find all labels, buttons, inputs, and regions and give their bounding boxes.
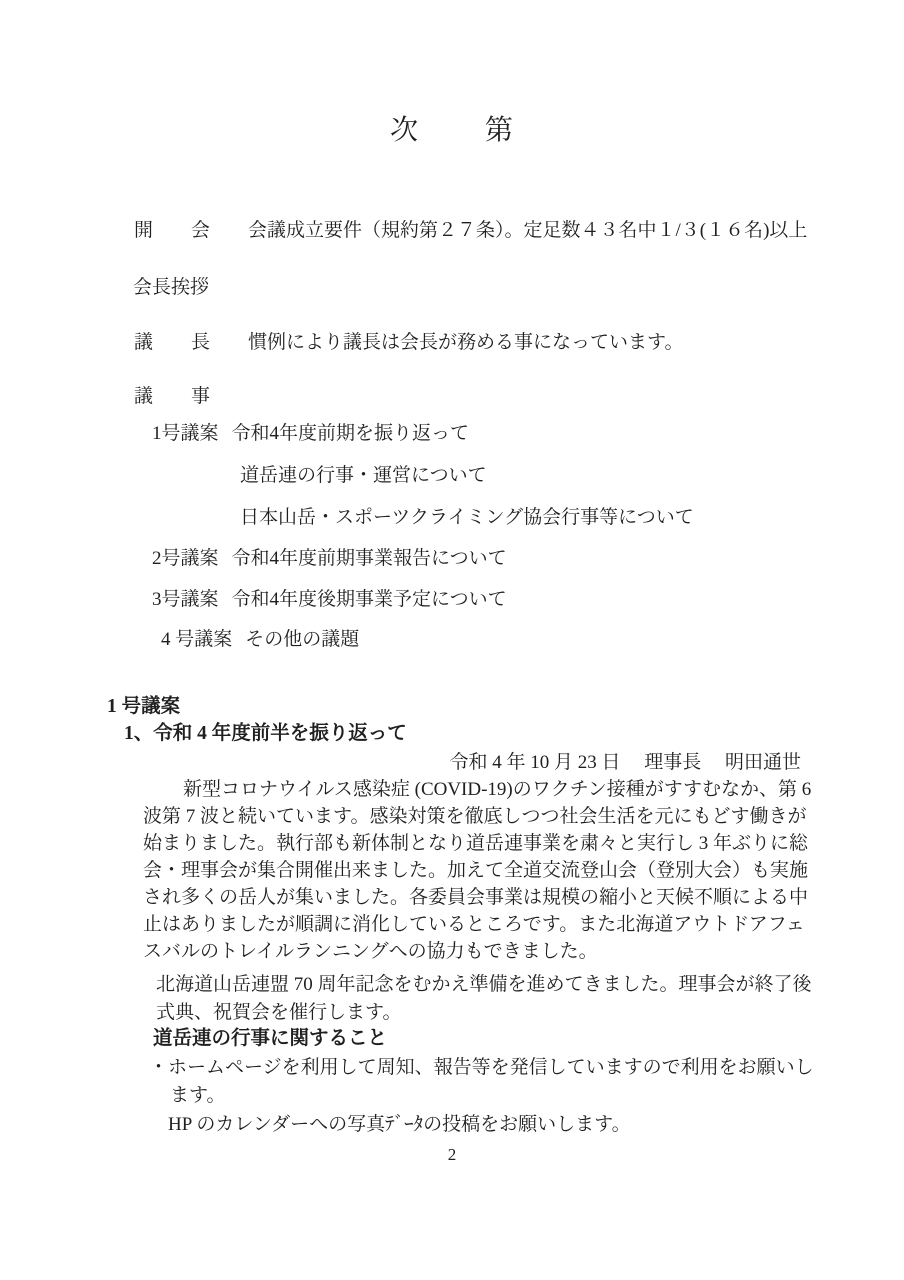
text-line: 止はありましたが順調に消化しているところです。また北海道アウトドアフェ — [143, 911, 803, 938]
text-line: ます。 — [149, 1082, 804, 1110]
agenda-item-1-title: 令和4年度前期を振り返って — [232, 423, 470, 444]
text-line: ・ホームページを利用して周知、報告等を発信していますので利用をお願いし — [149, 1054, 804, 1082]
section-heading: 1 号議案 — [107, 694, 180, 720]
agenda-item-1-sub-1: 道岳連の行事・運営について — [240, 463, 487, 489]
agenda-item-4-number: 4 号議案 — [161, 629, 232, 650]
section-paragraph-2: 北海道山岳連盟 70 周年記念をむかえ準備を進めてきました。理事会が終了後式典、… — [156, 971, 804, 1027]
agenda-item-2-title: 令和4年度前期事業報告について — [232, 548, 507, 569]
agenda-item-2-number: 2号議案 — [152, 548, 219, 569]
text-line: され多くの岳人が集いました。各委員会事業は規模の縮小と天候不順による中 — [143, 884, 803, 911]
subsection-heading: 道岳連の行事に関すること — [153, 1026, 387, 1052]
agenda-item-3-number: 3号議案 — [152, 589, 219, 610]
page-number: 2 — [0, 1144, 904, 1167]
section-byline: 令和 4 年 10 月 23 日 理事長 明田通世 — [143, 750, 801, 776]
hp-note-line: HP のカレンダーへの写真ﾃﾞｰﾀの投稿をお願いします。 — [168, 1112, 631, 1138]
text-line: 波第 7 波と続いています。感染対策を徹底しつつ社会生活を元にもどす働きが — [143, 803, 803, 830]
document-page: 次 第 開 会 会議成立要件（規約第２７条）。定足数４３名中１/３(１６名)以上… — [0, 0, 904, 1280]
agenda-item-1: 1号議案令和4年度前期を振り返って — [152, 421, 469, 447]
agenda-item-1-sub-2: 日本山岳・スポーツクライミング協会行事等について — [240, 505, 694, 531]
text-line: 始まりました。執行部も新体制となり道岳連事業を粛々と実行し 3 年ぶりに総 — [143, 830, 803, 857]
agenda-opening-line: 開 会 会議成立要件（規約第２７条）。定足数４３名中１/３(１６名)以上 — [134, 218, 807, 244]
section-paragraph-1: 新型コロナウイルス感染症 (COVID-19)のワクチン接種がすすむなか、第 6… — [143, 776, 803, 965]
text-line: 新型コロナウイルス感染症 (COVID-19)のワクチン接種がすすむなか、第 6 — [143, 776, 803, 803]
page-title: 次 第 — [0, 112, 904, 150]
text-line: 北海道山岳連盟 70 周年記念をむかえ準備を進めてきました。理事会が終了後 — [156, 971, 804, 999]
text-line: 式典、祝賀会を催行します。 — [156, 999, 804, 1027]
agenda-proceedings-label: 議 事 — [134, 384, 210, 410]
agenda-item-3: 3号議案令和4年度後期事業予定について — [152, 587, 507, 613]
agenda-item-3-title: 令和4年度後期事業予定について — [232, 589, 507, 610]
agenda-chair-line: 議 長 慣例により議長は会長が務める事になっています。 — [134, 330, 683, 356]
agenda-item-4: 4 号議案その他の議題 — [161, 627, 359, 653]
text-line: スバルのトレイルランニングへの協力もできました。 — [143, 938, 803, 965]
agenda-item-1-number: 1号議案 — [152, 423, 219, 444]
agenda-item-4-title: その他の議題 — [245, 629, 359, 650]
agenda-greeting-line: 会長挨拶 — [133, 275, 209, 301]
text-line: 会・理事会が集合開催出来ました。加えて全道交流登山会（登別大会）も実施 — [143, 857, 803, 884]
section-subheading: 1、令和 4 年度前半を振り返って — [124, 721, 407, 747]
bullet-item: ・ホームページを利用して周知、報告等を発信していますので利用をお願いします。 — [149, 1054, 804, 1110]
agenda-item-2: 2号議案令和4年度前期事業報告について — [152, 546, 507, 572]
